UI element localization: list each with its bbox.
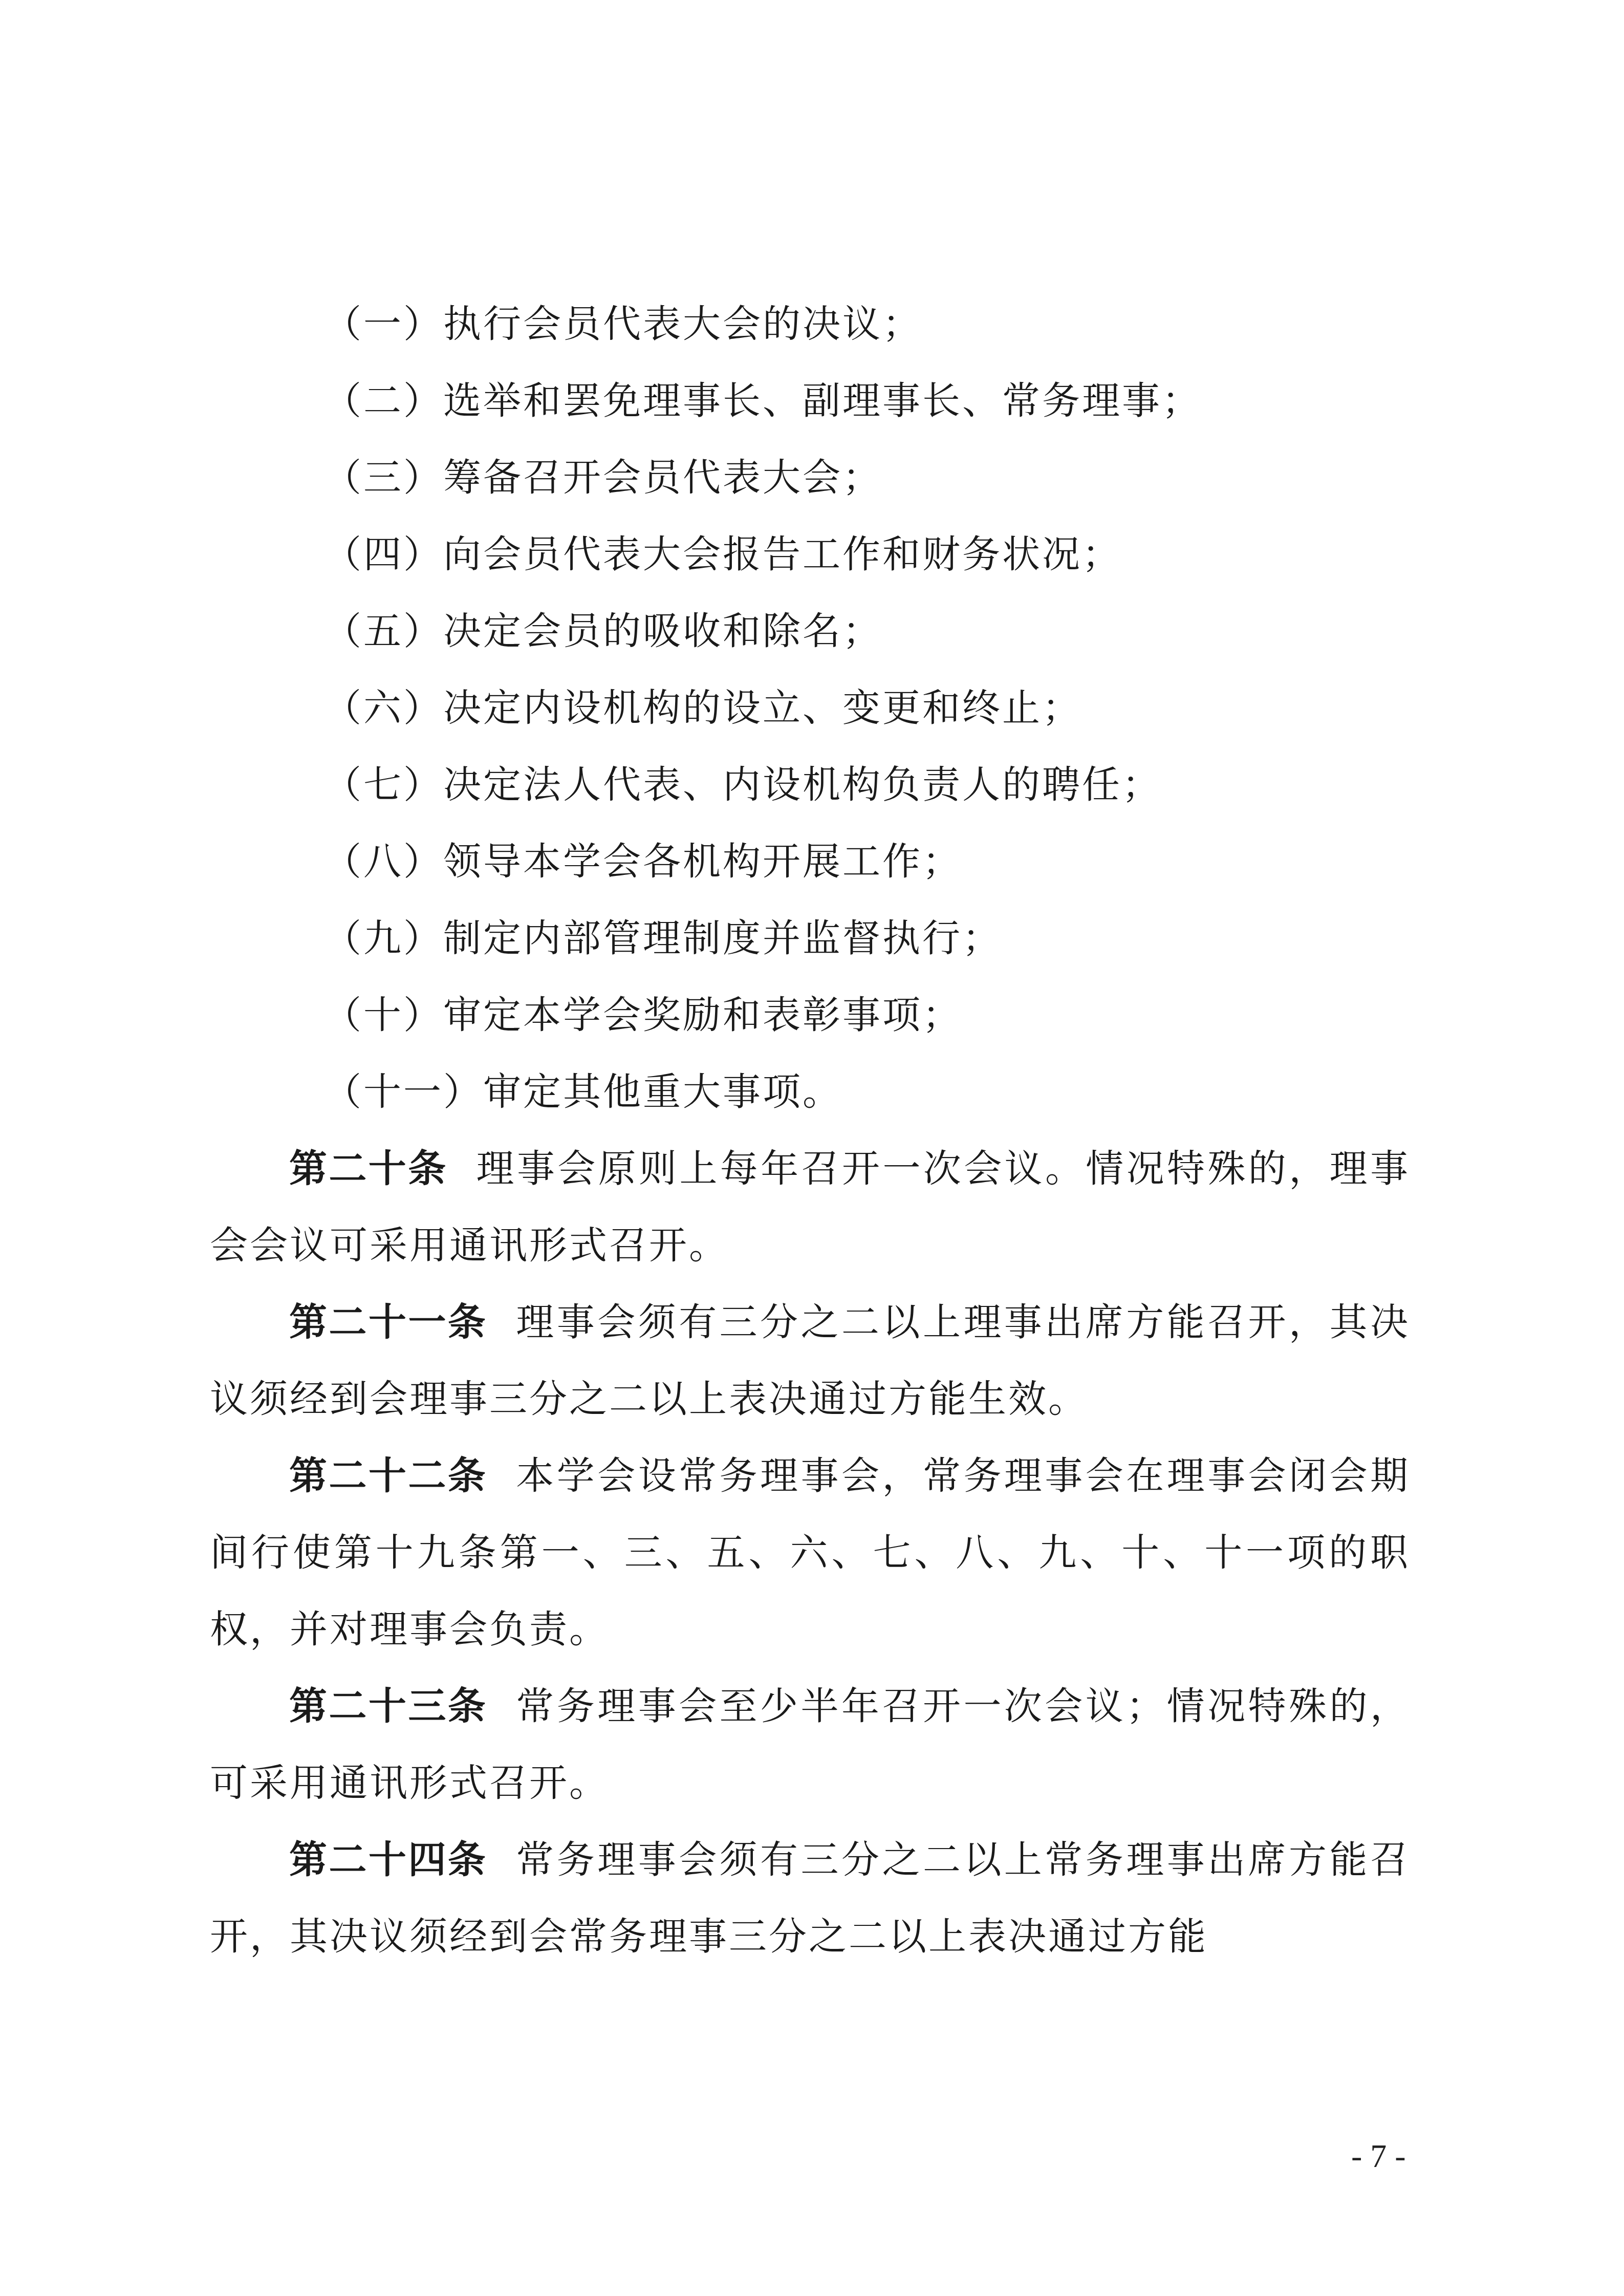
list-item-2: （二）选举和罢免理事长、副理事长、常务理事； xyxy=(210,362,1410,439)
list-item-8: （八）领导本学会各机构开展工作； xyxy=(210,823,1410,900)
list-item-9: （九）制定内部管理制度并监督执行； xyxy=(210,900,1410,977)
list-marker: （十） xyxy=(323,993,443,1037)
document-body: （一）执行会员代表大会的决议； （二）选举和罢免理事长、副理事长、常务理事； （… xyxy=(210,286,1410,1975)
list-text: 决定法人代表、内设机构负责人的聘任； xyxy=(443,763,1162,807)
article-22: 第二十二条本学会设常务理事会，常务理事会在理事会闭会期间行使第十九条第一、三、五… xyxy=(210,1437,1410,1668)
article-24: 第二十四条常务理事会须有三分之二以上常务理事出席方能召开，其决议须经到会常务理事… xyxy=(210,1821,1410,1975)
list-text: 选举和罢免理事长、副理事长、常务理事； xyxy=(443,379,1202,423)
list-marker: （二） xyxy=(323,379,443,423)
article-label: 第二十一条 xyxy=(289,1300,487,1344)
list-text: 领导本学会各机构开展工作； xyxy=(443,840,962,884)
list-text: 审定其他重大事项。 xyxy=(483,1070,842,1114)
list-item-11: （十一）审定其他重大事项。 xyxy=(210,1054,1410,1130)
list-text: 审定本学会奖励和表彰事项； xyxy=(443,993,962,1037)
document-page: （一）执行会员代表大会的决议； （二）选举和罢免理事长、副理事长、常务理事； （… xyxy=(0,0,1624,2296)
list-item-4: （四）向会员代表大会报告工作和财务状况； xyxy=(210,516,1410,593)
list-marker: （十一） xyxy=(323,1070,483,1114)
list-item-1: （一）执行会员代表大会的决议； xyxy=(210,286,1410,362)
list-marker: （四） xyxy=(323,532,443,576)
list-item-3: （三）筹备召开会员代表大会； xyxy=(210,439,1410,516)
list-text: 向会员代表大会报告工作和财务状况； xyxy=(443,532,1122,576)
article-23: 第二十三条常务理事会至少半年召开一次会议；情况特殊的，可采用通讯形式召开。 xyxy=(210,1668,1410,1821)
article-label: 第二十条 xyxy=(289,1147,448,1191)
list-text: 执行会员代表大会的决议； xyxy=(443,302,922,346)
list-marker: （八） xyxy=(323,840,443,884)
article-label: 第二十二条 xyxy=(289,1454,487,1498)
page-number: - 7 - xyxy=(1351,2137,1406,2175)
list-marker: （九） xyxy=(323,916,443,960)
list-marker: （七） xyxy=(323,763,443,807)
list-item-7: （七）决定法人代表、内设机构负责人的聘任； xyxy=(210,746,1410,823)
list-text: 制定内部管理制度并监督执行； xyxy=(443,916,1002,960)
list-item-10: （十）审定本学会奖励和表彰事项； xyxy=(210,977,1410,1054)
article-label: 第二十三条 xyxy=(289,1684,487,1728)
article-21: 第二十一条理事会须有三分之二以上理事出席方能召开，其决议须经到会理事三分之二以上… xyxy=(210,1284,1410,1437)
list-text: 筹备召开会员代表大会； xyxy=(443,456,882,500)
list-marker: （五） xyxy=(323,609,443,653)
article-label: 第二十四条 xyxy=(289,1838,487,1882)
list-marker: （六） xyxy=(323,686,443,730)
list-text: 决定会员的吸收和除名； xyxy=(443,609,882,653)
list-marker: （三） xyxy=(323,456,443,500)
article-20: 第二十条理事会原则上每年召开一次会议。情况特殊的，理事会会议可采用通讯形式召开。 xyxy=(210,1130,1410,1284)
list-text: 决定内设机构的设立、变更和终止； xyxy=(443,686,1082,730)
list-marker: （一） xyxy=(323,302,443,346)
list-item-5: （五）决定会员的吸收和除名； xyxy=(210,593,1410,670)
list-item-6: （六）决定内设机构的设立、变更和终止； xyxy=(210,670,1410,746)
